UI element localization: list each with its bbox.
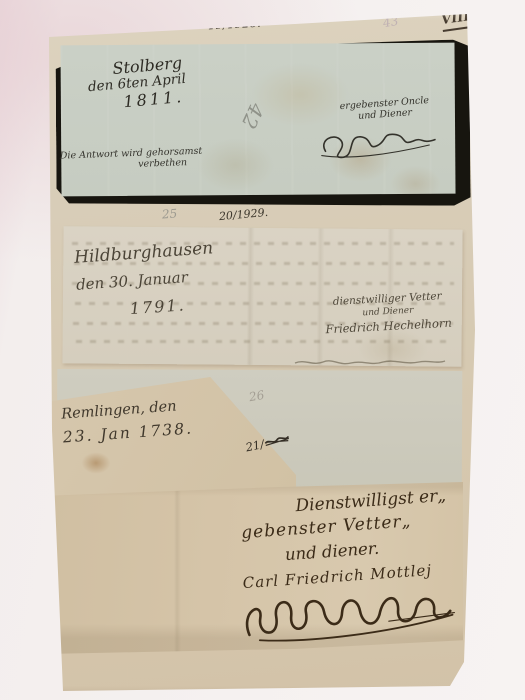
doc2-torn-edge-icon [295,357,445,367]
doc2-showthrough-line [76,340,448,343]
ink-speck [41,577,48,586]
doc1-dateline: Stolberg den 6ten April 1811. [86,54,188,115]
photo-of-album-page: 24 19/1928. 43 VIII. Stolberg den 6ten A… [0,0,525,700]
pencil-number-middle: 25 [162,206,178,221]
doc2-dateline: Hildburghausen den 30. Januar 1791. [74,239,218,322]
doc1-closing: ergebenster Oncle und Diener [314,94,458,161]
doc4-closing: Dienstwilligst er„ gebenster Vetter„ und… [237,485,452,594]
ink-registry-number-top: 19/1928. [208,18,262,33]
doc2-dateline-day: den 30. Januar [76,267,216,294]
doc2-closing: dienstwilliger Vetter und Diener Friedri… [311,289,465,338]
pencil-number-top-left: 24 [133,17,148,31]
ink-registry-number-middle: 20/1929. [219,207,269,224]
pencil-number-top-right: 43 [382,14,399,30]
pencil-number-on-doc3: 26 [248,388,265,404]
crossed-out-scribble-icon [263,433,290,447]
folio-number: VIII. [441,10,476,32]
album-page: 24 19/1928. 43 VIII. Stolberg den 6ten A… [0,0,525,700]
